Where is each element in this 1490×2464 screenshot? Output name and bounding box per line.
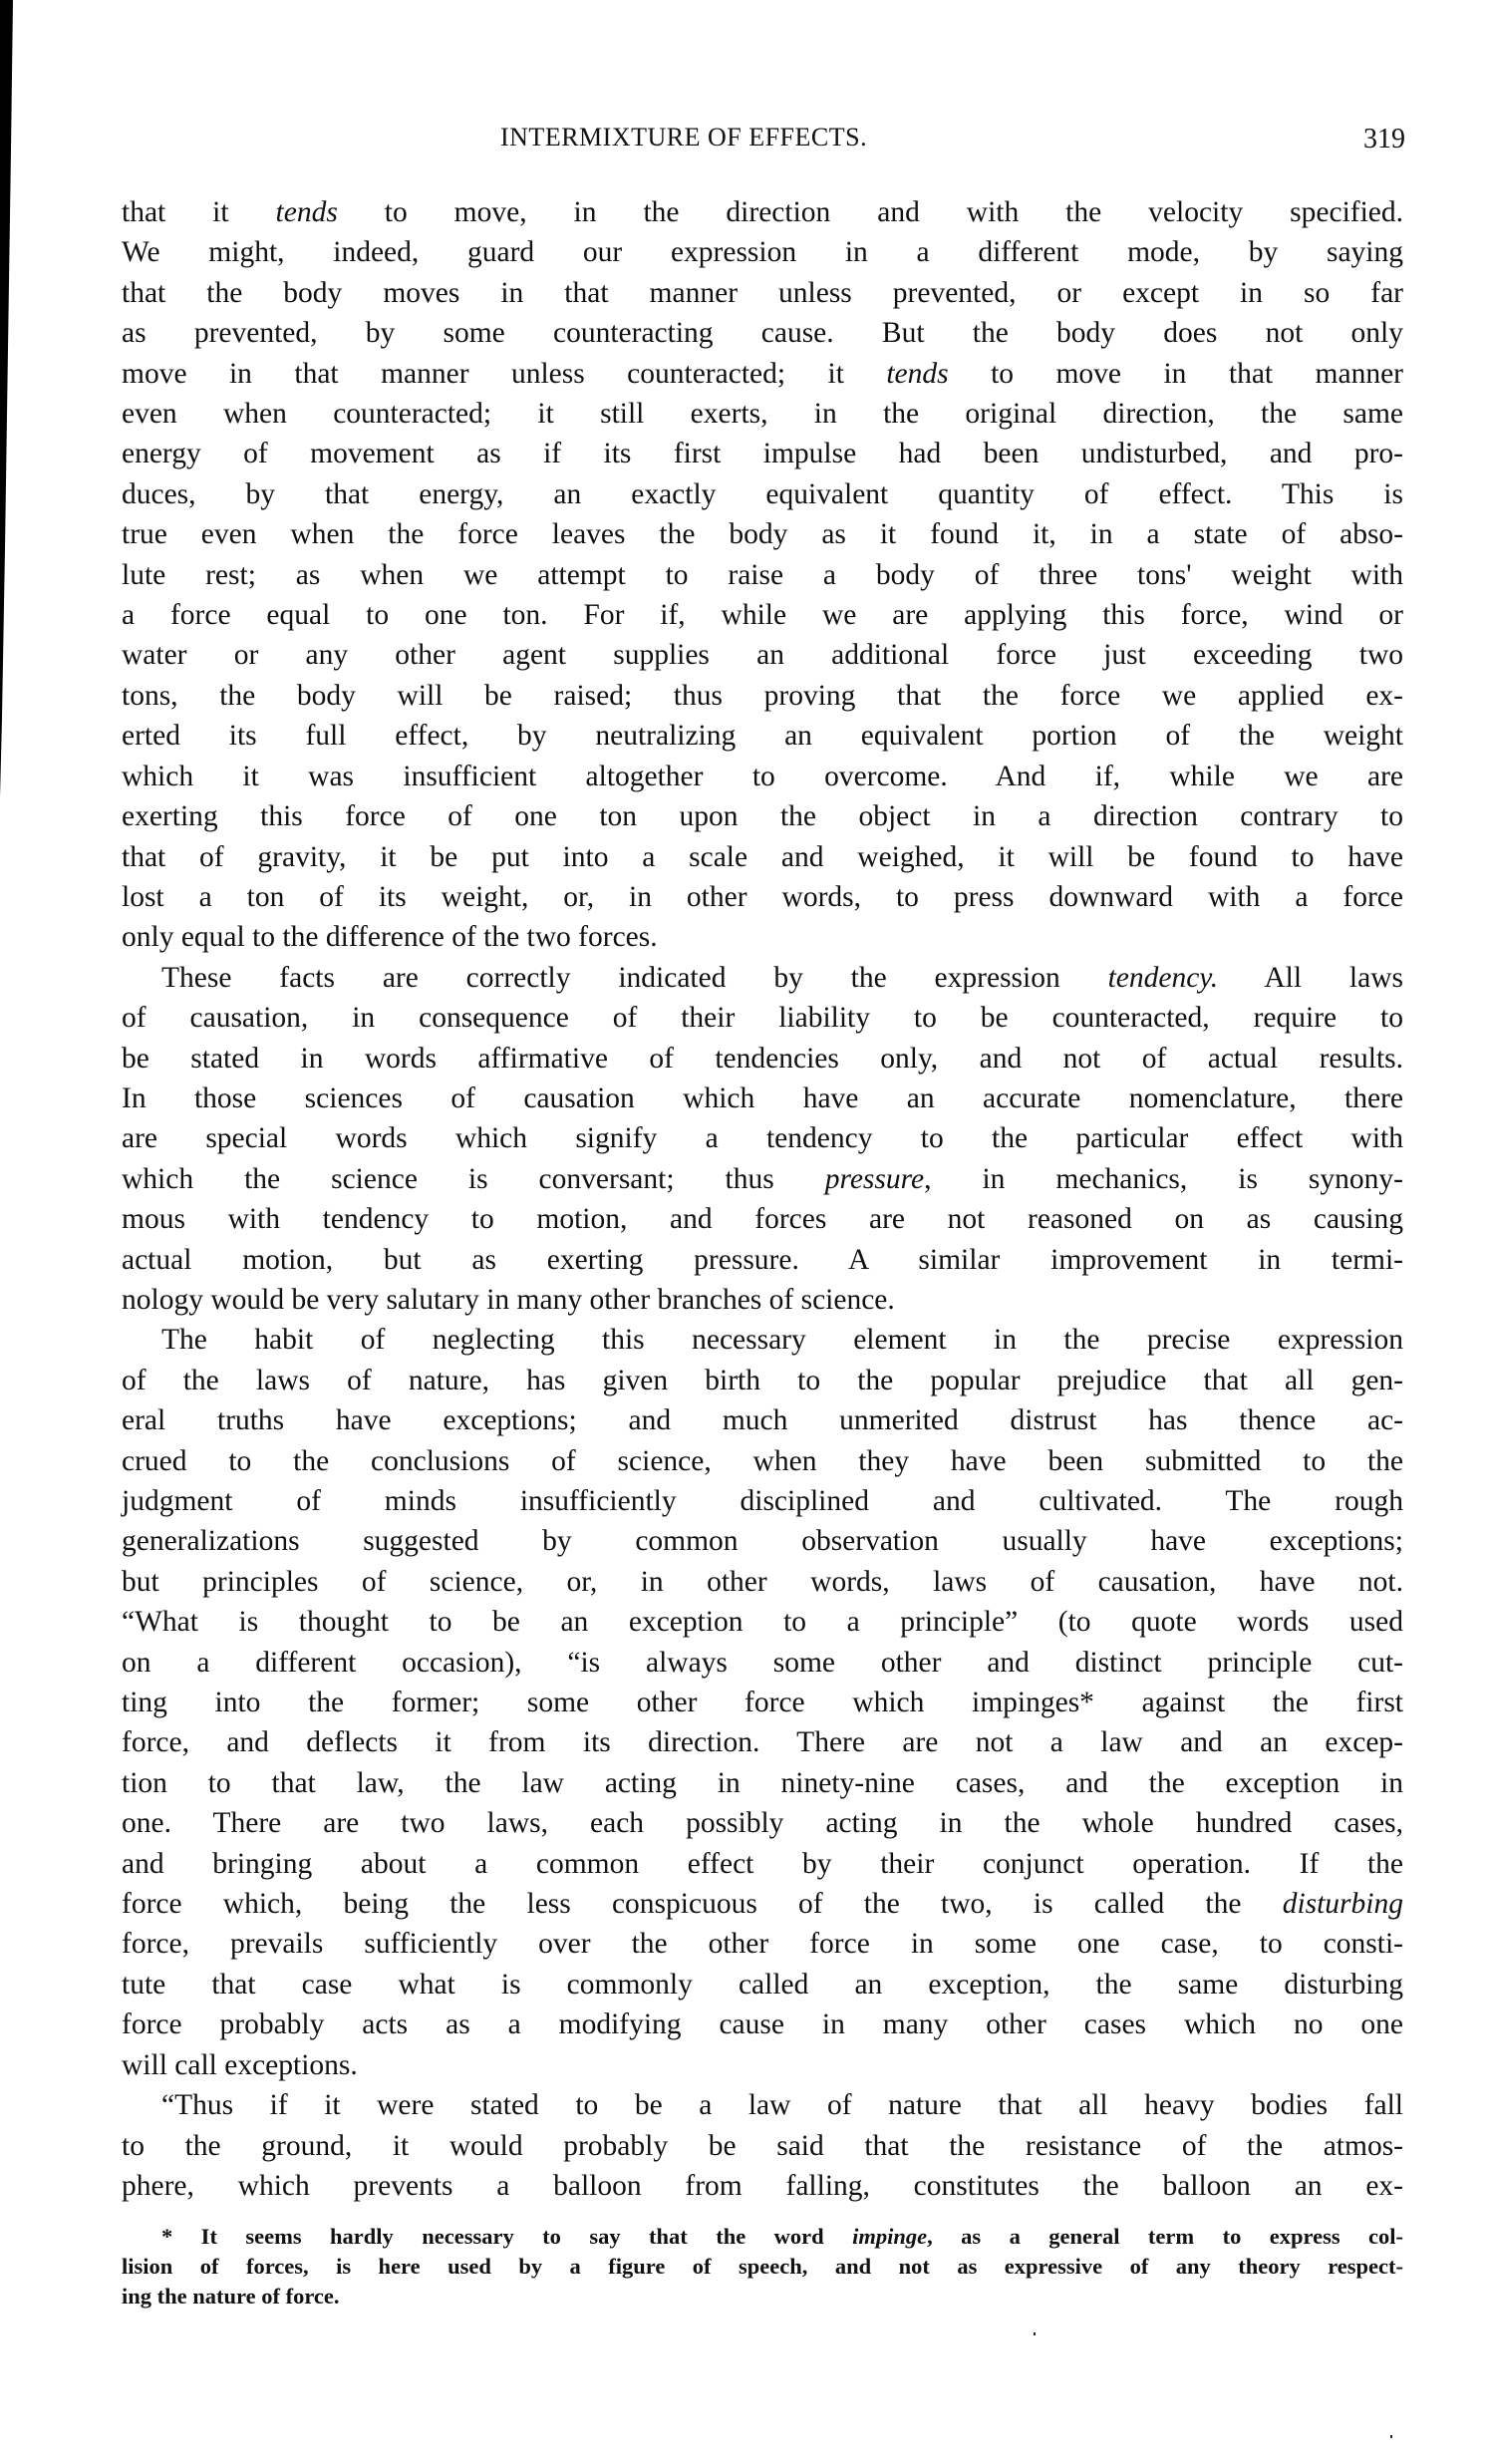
paragraph: that it tends to move, in the direction … [122, 192, 1403, 958]
text-line: energy of movement as if its first impul… [122, 434, 1403, 473]
text-line: be stated in words affirmative of tenden… [122, 1039, 1403, 1078]
book-page: INTERMIXTURE OF EFFECTS. 319 that it ten… [0, 0, 1490, 2464]
running-title: INTERMIXTURE OF EFFECTS. [500, 118, 867, 157]
text-line: lision of forces, is here used by a figu… [122, 2252, 1403, 2282]
italic-term: pressure [825, 1163, 924, 1195]
page-number: 319 [1363, 120, 1405, 159]
text-line: that the body moves in that manner unles… [122, 273, 1403, 313]
text-line: on a different occasion), “is always som… [122, 1643, 1403, 1683]
text-line: water or any other agent supplies an add… [122, 635, 1403, 675]
text-line: phere, which prevents a balloon from fal… [122, 2166, 1403, 2206]
text-line: to the ground, it would probably be said… [122, 2126, 1403, 2166]
text-line: lost a ton of its weight, or, in other w… [122, 877, 1403, 917]
text-line: * It seems hardly necessary to say that … [122, 2222, 1403, 2252]
text-line: will call exceptions. [122, 2045, 1403, 2085]
text-line: force, and deflects it from its directio… [122, 1722, 1403, 1762]
text-line: actual motion, but as exerting pressure.… [122, 1240, 1403, 1280]
text-line: even when counteracted; it still exerts,… [122, 394, 1403, 434]
text-line: only equal to the difference of the two … [122, 917, 1403, 957]
text-line: force, prevails sufficiently over the ot… [122, 1924, 1403, 1964]
scan-speck [1390, 2435, 1392, 2438]
italic-term: impinge [852, 2224, 927, 2249]
text-line: duces, by that energy, an exactly equiva… [122, 474, 1403, 514]
scan-speck [1034, 2332, 1036, 2335]
text-line: as prevented, by some counteracting caus… [122, 313, 1403, 353]
text-line: but principles of science, or, in other … [122, 1562, 1403, 1602]
text-line: tute that case what is commonly called a… [122, 1965, 1403, 2004]
text-line: eral truths have exceptions; and much un… [122, 1400, 1403, 1440]
text-line: nology would be very salutary in many ot… [122, 1280, 1403, 1320]
text-line: erted its full effect, by neutralizing a… [122, 716, 1403, 756]
text-line: of the laws of nature, has given birth t… [122, 1361, 1403, 1400]
text-line: which it was insufficient altogether to … [122, 757, 1403, 796]
text-line: tons, the body will be raised; thus prov… [122, 676, 1403, 716]
text-line: crued to the conclusions of science, whe… [122, 1441, 1403, 1481]
italic-term: tends [886, 358, 948, 390]
text-line: one. There are two laws, each possibly a… [122, 1803, 1403, 1843]
text-line: true even when the force leaves the body… [122, 514, 1403, 554]
text-line: that it tends to move, in the direction … [122, 192, 1403, 232]
text-line: a force equal to one ton. For if, while … [122, 595, 1403, 635]
text-line: “What is thought to be an exception to a… [122, 1602, 1403, 1642]
italic-term: disturbing [1283, 1888, 1403, 1920]
text-line: ing the nature of force. [122, 2282, 1403, 2311]
text-line: mous with tendency to motion, and forces… [122, 1199, 1403, 1239]
text-line: of causation, in consequence of their li… [122, 998, 1403, 1038]
footnote: * It seems hardly necessary to say that … [122, 2222, 1403, 2311]
paragraph: These facts are correctly indicated by t… [122, 958, 1403, 1321]
text-line: tion to that law, the law acting in nine… [122, 1763, 1403, 1803]
paragraph: “Thus if it were stated to be a law of n… [122, 2085, 1403, 2206]
paragraph: The habit of neglecting this necessary e… [122, 1320, 1403, 2085]
text-line: In those sciences of causation which hav… [122, 1078, 1403, 1118]
text-line: are special words which signify a tenden… [122, 1118, 1403, 1158]
text-line: The habit of neglecting this necessary e… [122, 1320, 1403, 1360]
text-line: and bringing about a common effect by th… [122, 1844, 1403, 1884]
italic-term: tends [276, 196, 338, 228]
text-line: exerting this force of one ton upon the … [122, 796, 1403, 836]
text-line: ting into the former; some other force w… [122, 1683, 1403, 1722]
italic-term: tendency. [1108, 962, 1219, 994]
text-line: move in that manner unless counteracted;… [122, 354, 1403, 394]
text-line: force probably acts as a modifying cause… [122, 2004, 1403, 2044]
text-line: We might, indeed, guard our expression i… [122, 232, 1403, 272]
text-line: These facts are correctly indicated by t… [122, 958, 1403, 998]
scan-edge-shadow [0, 0, 13, 797]
running-head: INTERMIXTURE OF EFFECTS. 319 [122, 118, 1405, 157]
text-line: which the science is conversant; thus pr… [122, 1159, 1403, 1199]
text-line: judgment of minds insufficiently discipl… [122, 1481, 1403, 1521]
text-line: lute rest; as when we attempt to raise a… [122, 555, 1403, 595]
text-line: generalizations suggested by common obse… [122, 1521, 1403, 1561]
text-line: “Thus if it were stated to be a law of n… [122, 2085, 1403, 2125]
body-text: that it tends to move, in the direction … [122, 192, 1403, 2206]
text-line: that of gravity, it be put into a scale … [122, 837, 1403, 877]
text-line: force which, being the less conspicuous … [122, 1884, 1403, 1924]
